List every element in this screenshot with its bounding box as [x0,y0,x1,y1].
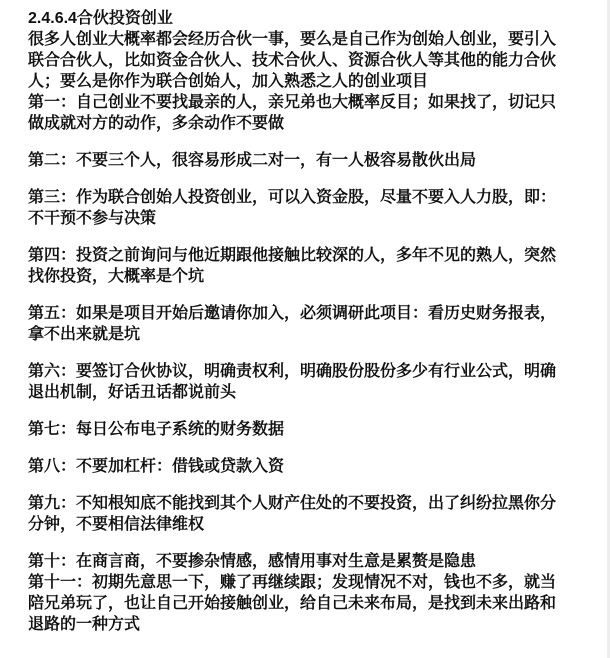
intro-paragraph: 很多人创业大概率都会经历合伙一事，要么是自己作为创始人创业，要引入联合合伙人，比… [28,29,582,92]
text-line: 拿不出来就是坑 [28,324,582,345]
text-line: 第十：在商言商，不要掺杂情感，感情用事对生意是累赘是隐患 [28,551,582,572]
text-line: 第三：作为联合创始人投资创业，可以入资金股，尽量不要入人力股，即： [28,187,582,208]
text-line: 分钟，不要相信法律维权 [28,514,582,535]
item-4: 第四：投资之前询问与他近期跟他接触比较深的人，多年不见的熟人，突然找你投资，大概… [28,245,582,287]
item-6: 第六：要签订合伙协议，明确责权利，明确股份股份多少有行业公式，明确退出机制，好话… [28,361,582,403]
text-line: 第五：如果是项目开始后邀请你加入，必须调研此项目：看历史财务报表， [28,303,582,324]
item-1: 第一：自己创业不要找最亲的人，亲兄弟也大概率反目；如果找了，切记只做成就对方的动… [28,92,582,134]
text-line: 退出机制，好话丑话都说前头 [28,382,582,403]
text-line: 2.4.6.4合伙投资创业 [28,8,582,29]
page-title: 2.4.6.4合伙投资创业 [28,8,582,29]
text-line: 第九：不知根知底不能找到其个人财产住处的不要投资，出了纠纷拉黑你分 [28,493,582,514]
item-3: 第三：作为联合创始人投资创业，可以入资金股，尽量不要入人力股，即：不干预不参与决… [28,187,582,229]
text-line: 联合合伙人，比如资金合伙人、技术合伙人、资源合伙人等其他的能力合伙 [28,50,582,71]
text-line: 第一：自己创业不要找最亲的人，亲兄弟也大概率反目；如果找了，切记只 [28,92,582,113]
item-7: 第七：每日公布电子系统的财务数据 [28,419,582,440]
text-line: 第六：要签订合伙协议，明确责权利，明确股份股份多少有行业公式，明确 [28,361,582,382]
text-line: 很多人创业大概率都会经历合伙一事，要么是自己作为创始人创业，要引入 [28,29,582,50]
text-line: 第四：投资之前询问与他近期跟他接触比较深的人，多年不见的熟人，突然 [28,245,582,266]
item-9: 第九：不知根知底不能找到其个人财产住处的不要投资，出了纠纷拉黑你分分钟，不要相信… [28,493,582,535]
item-5: 第五：如果是项目开始后邀请你加入，必须调研此项目：看历史财务报表，拿不出来就是坑 [28,303,582,345]
text-line: 第十一：初期先意思一下，赚了再继续跟；发现情况不对，钱也不多，就当 [28,572,582,593]
text-line: 人；要么是你作为联合创始人，加入熟悉之人的创业项目 [28,71,582,92]
document-page: 2.4.6.4合伙投资创业很多人创业大概率都会经历合伙一事，要么是自己作为创始人… [0,0,610,658]
item-11: 第十一：初期先意思一下，赚了再继续跟；发现情况不对，钱也不多，就当陪兄弟玩了，也… [28,572,582,635]
item-2: 第二：不要三个人，很容易形成二对一，有一人极容易散伙出局 [28,150,582,171]
document-body: 2.4.6.4合伙投资创业很多人创业大概率都会经历合伙一事，要么是自己作为创始人… [28,8,582,635]
text-line: 退路的一种方式 [28,614,582,635]
item-8: 第八：不要加杠杆：借钱或贷款入资 [28,456,582,477]
text-line: 第二：不要三个人，很容易形成二对一，有一人极容易散伙出局 [28,150,582,171]
item-10: 第十：在商言商，不要掺杂情感，感情用事对生意是累赘是隐患 [28,551,582,572]
text-line: 做成就对方的动作，多余动作不要做 [28,113,582,134]
text-line: 第七：每日公布电子系统的财务数据 [28,419,582,440]
text-line: 陪兄弟玩了，也让自己开始接触创业，给自己未来布局，是找到未来出路和 [28,593,582,614]
text-line: 第八：不要加杠杆：借钱或贷款入资 [28,456,582,477]
text-line: 找你投资，大概率是个坑 [28,266,582,287]
text-line: 不干预不参与决策 [28,208,582,229]
